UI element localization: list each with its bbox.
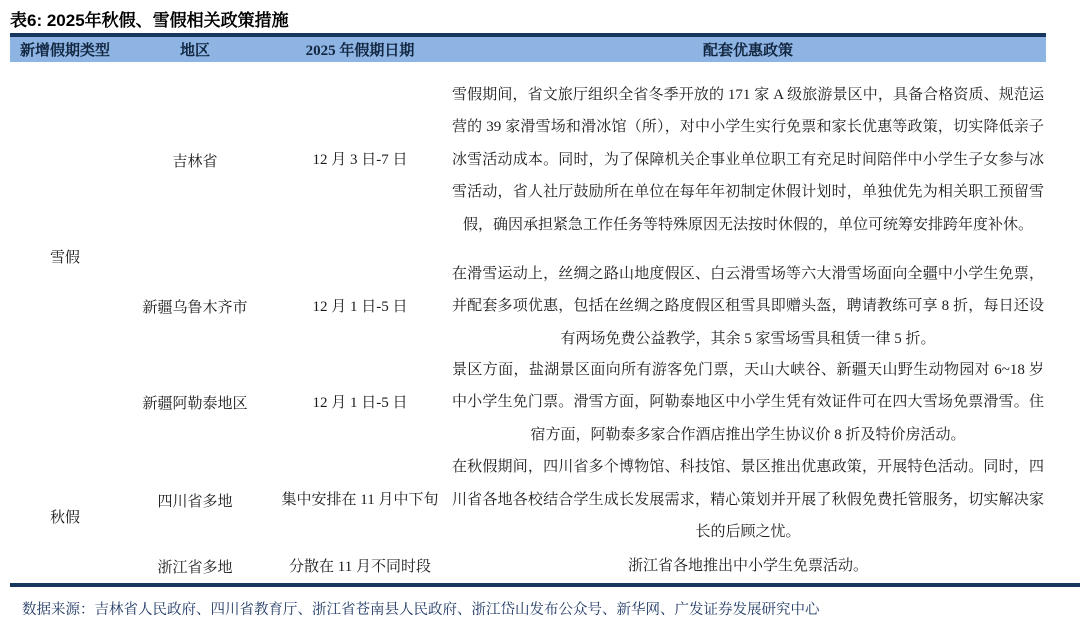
policy-cell: 浙江省各地推出中小学生免票活动。 [450,550,1046,583]
region-cell: 新疆乌鲁木齐市 [120,258,270,355]
policy-cell: 雪假期间，省文旅厅组织全省冬季开放的 171 家 A 级旅游景区中，具备合格资质… [450,62,1046,258]
col-header-region: 地区 [120,39,270,60]
policy-text: 景区方面，盐湖景区面向所有游客免门票，天山大峡谷、新疆天山野生动物园对 6~18… [452,354,1044,452]
region-cell: 四川省多地 [120,450,270,550]
region-cell: 吉林省 [120,62,270,258]
policy-cell: 在滑雪运动上，丝绸之路山地度假区、白云滑雪场等六大滑雪场面向全疆中小学生免票，并… [450,258,1046,355]
policy-text: 浙江省各地推出中小学生免票活动。 [452,550,1044,583]
table-bottom-rule [10,583,1080,587]
region-cell: 浙江省多地 [120,550,270,583]
data-source: 数据来源：吉林省人民政府、四川省教育厅、浙江省苍南县人民政府、浙江岱山发布公众号… [22,598,1080,619]
holiday-type-snow: 雪假 [10,62,120,450]
region-cell: 新疆阿勒泰地区 [120,355,270,450]
report-table-page: 表6: 2025年秋假、雪假相关政策措施 新增假期类型 地区 2025 年假期日… [0,8,1080,625]
policy-text: 雪假期间，省文旅厅组织全省冬季开放的 171 家 A 级旅游景区中，具备合格资质… [452,79,1044,242]
table-header-row: 新增假期类型 地区 2025 年假期日期 配套优惠政策 [10,33,1046,62]
date-cell: 集中安排在 11 月中下旬 [270,450,450,550]
policy-cell: 景区方面，盐湖景区面向所有游客免门票，天山大峡谷、新疆天山野生动物园对 6~18… [450,355,1046,450]
table-title: 表6: 2025年秋假、雪假相关政策措施 [10,8,1080,33]
policy-text: 在秋假期间，四川省多个博物馆、科技馆、景区推出优惠政策，开展特色活动。同时，四川… [452,451,1044,549]
table-body: 雪假 秋假 吉林省 12 月 3 日-7 日 雪假期间，省文旅厅组织全省冬季开放… [10,62,1046,583]
col-header-holiday-type: 新增假期类型 [10,39,120,60]
date-cell: 分散在 11 月不同时段 [270,550,450,583]
col-header-date: 2025 年假期日期 [270,39,450,60]
policy-cell: 在秋假期间，四川省多个博物馆、科技馆、景区推出优惠政策，开展特色活动。同时，四川… [450,450,1046,550]
date-cell: 12 月 3 日-7 日 [270,62,450,258]
policy-table: 新增假期类型 地区 2025 年假期日期 配套优惠政策 雪假 秋假 吉林省 12… [10,33,1046,583]
date-cell: 12 月 1 日-5 日 [270,258,450,355]
policy-text: 在滑雪运动上，丝绸之路山地度假区、白云滑雪场等六大滑雪场面向全疆中小学生免票，并… [452,258,1044,356]
date-cell: 12 月 1 日-5 日 [270,355,450,450]
col-header-policy: 配套优惠政策 [450,39,1046,60]
holiday-type-autumn: 秋假 [10,450,120,583]
